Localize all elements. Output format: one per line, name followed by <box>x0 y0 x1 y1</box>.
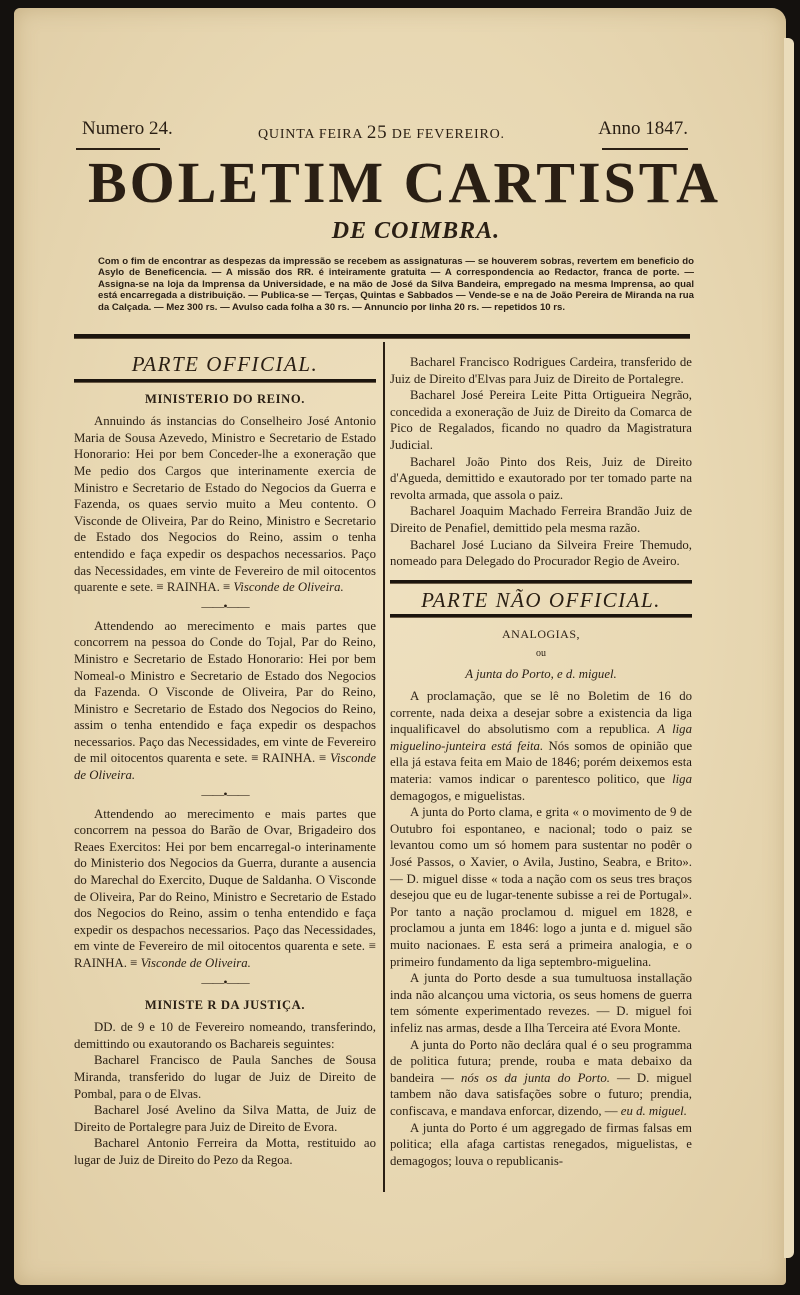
right-column: Bacharel Francisco Rodrigues Cardeira, t… <box>390 348 692 1169</box>
article-paragraph: A proclamação, que se lê no Boletim de 1… <box>390 688 692 804</box>
masthead-divider <box>74 334 690 339</box>
justica-item: Bacharel Joaquim Machado Ferreira Brandã… <box>390 503 692 536</box>
decree-text: Attendendo ao merecimento e mais partes … <box>74 619 376 766</box>
decree-paragraph: Attendendo ao merecimento e mais partes … <box>74 806 376 972</box>
date-weekday: QUINTA FEIRA <box>258 127 363 142</box>
decree-signature: Visconde de Oliveira. <box>141 956 251 970</box>
justica-item: Bacharel Francisco de Paula Sanches de S… <box>74 1052 376 1102</box>
date-month: DE FEVEREIRO. <box>392 127 505 142</box>
section-rule <box>390 614 692 618</box>
article-paragraph: A junta do Porto clama, e grita « o movi… <box>390 804 692 970</box>
column-divider <box>383 342 385 1192</box>
article-text: demagogos, e miguelistas. <box>390 789 525 803</box>
ornament-divider: ——•—— <box>74 975 376 989</box>
subscription-notice: Com o fim de encontrar as despezas da im… <box>98 256 694 313</box>
article-paragraph: A junta do Porto desde a sua tumultuosa … <box>390 970 692 1036</box>
issue-number: Numero 24. <box>82 118 173 140</box>
decree-text: Attendendo ao merecimento e mais partes … <box>74 807 376 970</box>
article-subtitle: A junta do Porto, e d. miguel. <box>390 666 692 683</box>
ornament-divider: ——•—— <box>74 787 376 801</box>
issue-year: Anno 1847. <box>598 118 688 140</box>
ministry-heading-justica: MINISTE R DA JUSTIÇA. <box>74 997 376 1014</box>
newspaper-subtitle: DE COIMBRA. <box>68 218 694 245</box>
newspaper-title: BOLETIM CARTISTA <box>88 151 694 215</box>
article-emphasis: liga <box>672 772 692 786</box>
article-or: ou <box>390 646 692 663</box>
section-rule <box>74 379 376 383</box>
justica-item: Bacharel José Luciano da Silveira Freire… <box>390 537 692 570</box>
left-column: PARTE OFFICIAL. MINISTERIO DO REINO. Ann… <box>74 348 376 1169</box>
justica-item: Bacharel Francisco Rodrigues Cardeira, t… <box>390 354 692 387</box>
justica-item: Bacharel João Pinto dos Reis, Juiz de Di… <box>390 454 692 504</box>
decree-text: Annuindo ás instancias do Conselheiro Jo… <box>74 414 376 594</box>
masthead-dateline: Numero 24. QUINTA FEIRA 25 DE FEVEREIRO.… <box>68 118 694 142</box>
decree-paragraph: Annuindo ás instancias do Conselheiro Jo… <box>74 413 376 596</box>
newspaper-page: Numero 24. QUINTA FEIRA 25 DE FEVEREIRO.… <box>14 8 786 1285</box>
date-day: 25 <box>367 122 388 143</box>
decree-signature: Visconde de Oliveira. <box>233 580 343 594</box>
article-title: ANALOGIAS, <box>390 626 692 643</box>
article-emphasis: nós os da junta do Porto. <box>461 1071 610 1085</box>
article-paragraph: A junta do Porto é um aggregado de firma… <box>390 1120 692 1170</box>
article-emphasis: eu d. miguel. <box>621 1104 687 1118</box>
justica-intro: DD. de 9 e 10 de Fevereiro nomeando, tra… <box>74 1019 376 1052</box>
issue-date: QUINTA FEIRA 25 DE FEVEREIRO. <box>258 122 505 144</box>
decree-paragraph: Attendendo ao merecimento e mais partes … <box>74 618 376 784</box>
section-title-official: PARTE OFFICIAL. <box>74 356 376 373</box>
ministry-heading-reino: MINISTERIO DO REINO. <box>74 391 376 408</box>
ornament-divider: ——•—— <box>74 599 376 613</box>
section-rule <box>390 580 692 584</box>
justica-item: Bacharel Antonio Ferreira da Motta, rest… <box>74 1135 376 1168</box>
article-text: A proclamação, que se lê no Boletim de 1… <box>390 689 692 736</box>
justica-item: Bacharel José Pereira Leite Pitta Ortigu… <box>390 387 692 453</box>
justica-item: Bacharel José Avelino da Silva Matta, de… <box>74 1102 376 1135</box>
section-title-unofficial: PARTE NÃO OFFICIAL. <box>390 592 692 609</box>
article-paragraph: A junta do Porto não declára qual é o se… <box>390 1037 692 1120</box>
